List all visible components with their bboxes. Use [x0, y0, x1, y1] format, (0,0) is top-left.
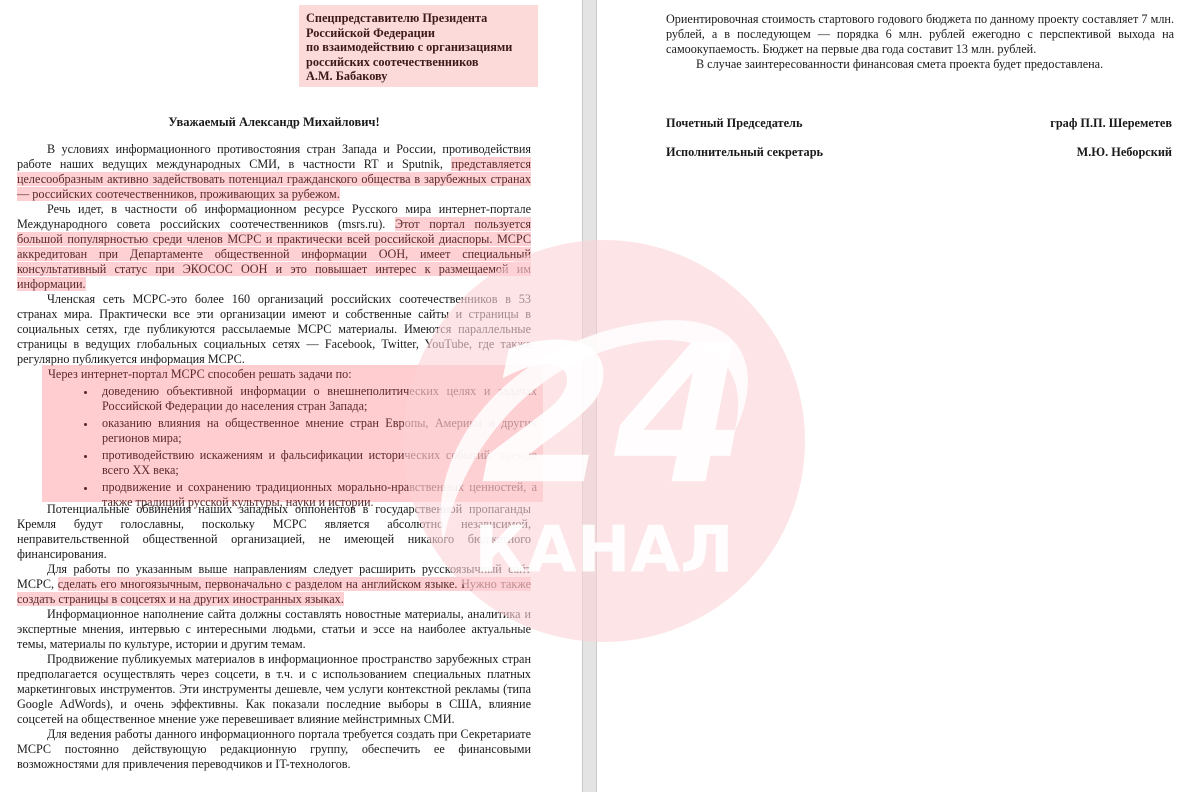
addressee-block: Спецпредставителю Президента Российской … [299, 5, 538, 87]
signature-row: Почетный Председатель граф П.П. Шеремете… [666, 116, 1172, 131]
highlighted-text: сделать его многоязычным, первоначально … [17, 577, 531, 606]
addressee-line: Спецпредставителю Президента [306, 11, 531, 26]
addressee-line: по взаимодействию с организациями [306, 40, 531, 55]
paragraph: Ориентировочная стоимость стартового год… [666, 12, 1174, 57]
paragraph: Членская сеть МСРС-это более 160 организ… [17, 292, 531, 367]
paragraph: В условиях информационного противостояни… [17, 142, 531, 202]
body-lower: Потенциальные обвинения наших западных о… [17, 502, 531, 772]
page-divider [582, 0, 597, 792]
addressee-line: Российской Федерации [306, 26, 531, 41]
paragraph: Информационное наполнение сайта должны с… [17, 607, 531, 652]
signature-name: граф П.П. Шереметев [1050, 116, 1172, 131]
list-intro: Через интернет-портал МСРС способен реша… [48, 367, 537, 382]
document-page-left: Спецпредставителю Президента Российской … [0, 0, 582, 792]
document-page-right: Ориентировочная стоимость стартового год… [597, 0, 1180, 792]
paragraph: Речь идет, в частности об информационном… [17, 202, 531, 292]
tasks-list-highlight: Через интернет-портал МСРС способен реша… [42, 365, 543, 502]
paragraph: Для работы по указанным выше направления… [17, 562, 531, 607]
paragraph: Потенциальные обвинения наших западных о… [17, 502, 531, 562]
paragraph: В случае заинтересованности финансовая с… [666, 57, 1174, 72]
list-item: противодействию искажениям и фальсификац… [96, 448, 537, 478]
paragraph: Для ведения работы данного информационно… [17, 727, 531, 772]
signature-row: Исполнительный секретарь М.Ю. Неборский [666, 145, 1172, 160]
list-item: доведению объективной информации о внешн… [96, 384, 537, 414]
addressee-line: российских соотечественников [306, 55, 531, 70]
body-upper: В условиях информационного противостояни… [17, 142, 531, 367]
salutation: Уважаемый Александр Михайлович! [0, 115, 548, 130]
budget-text: Ориентировочная стоимость стартового год… [666, 12, 1174, 72]
paragraph: Продвижение публикуемых материалов в инф… [17, 652, 531, 727]
addressee-line: А.М. Бабакову [306, 69, 531, 84]
signature-name: М.Ю. Неборский [1077, 145, 1172, 160]
tasks-list: доведению объективной информации о внешн… [48, 384, 537, 510]
signature-role: Исполнительный секретарь [666, 145, 823, 160]
signature-role: Почетный Председатель [666, 116, 802, 131]
list-item: оказанию влияния на общественное мнение … [96, 416, 537, 446]
